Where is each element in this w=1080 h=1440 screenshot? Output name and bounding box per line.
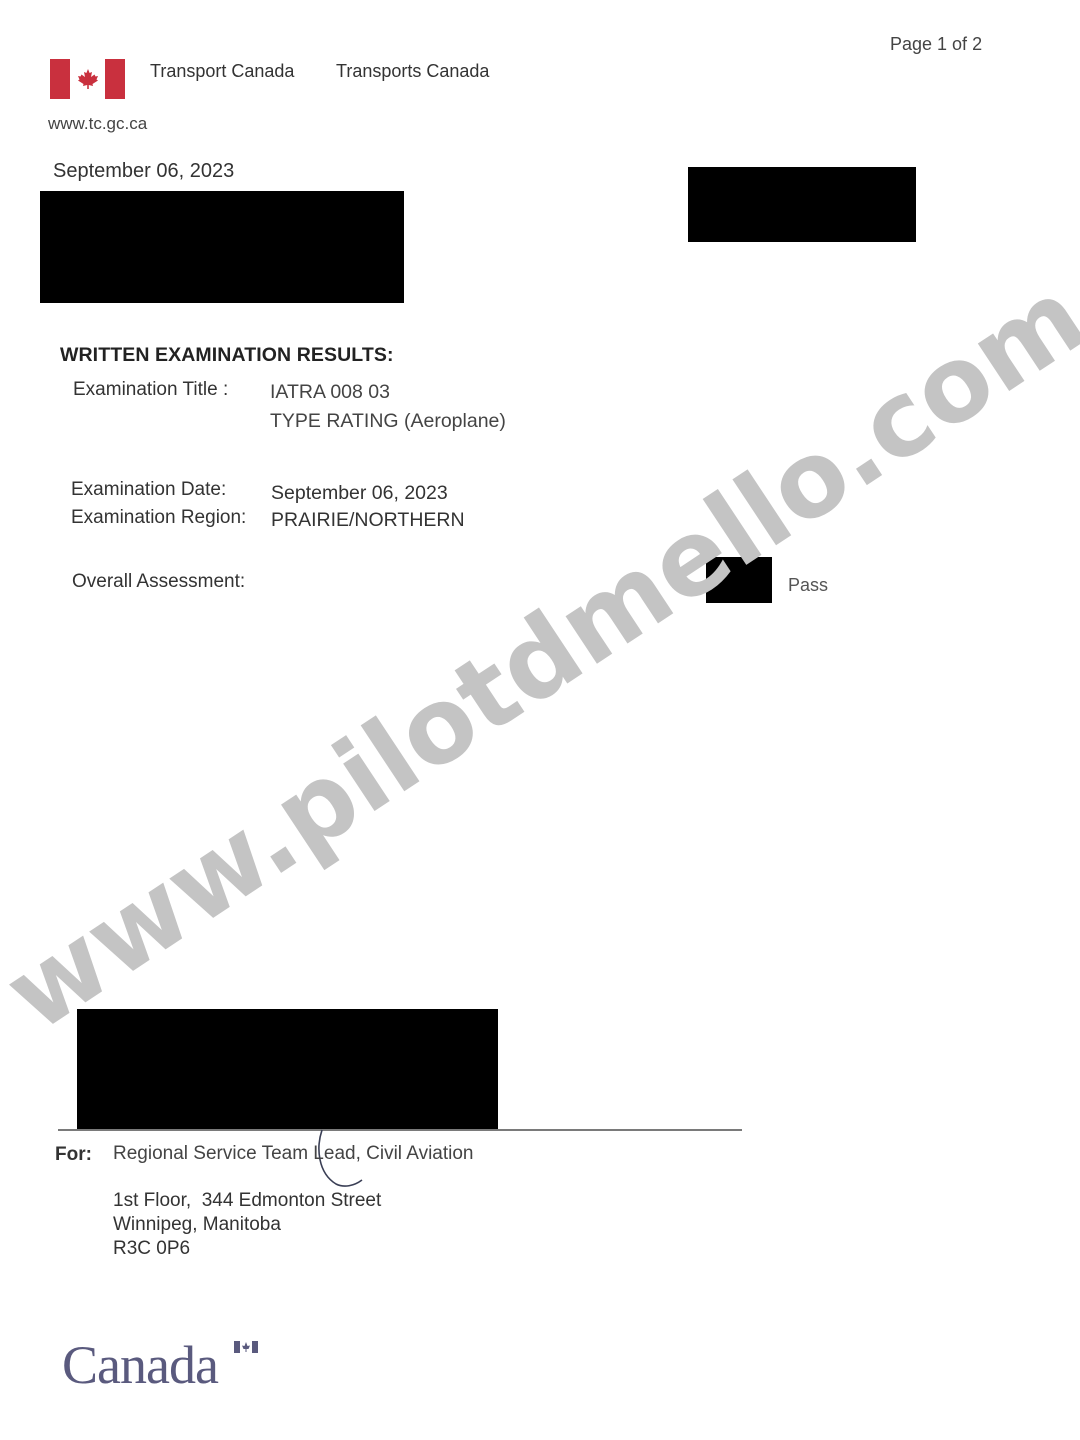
department-name-en: Transport Canada	[150, 61, 294, 82]
results-heading: WRITTEN EXAMINATION RESULTS:	[60, 344, 394, 367]
overall-assessment-value: Pass	[788, 575, 828, 596]
redacted-assessment-mark	[706, 557, 772, 603]
signature-line	[58, 1129, 742, 1131]
department-name-fr: Transports Canada	[336, 61, 489, 82]
website-link[interactable]: www.tc.gc.ca	[48, 114, 147, 134]
exam-title-code: IATRA 008 03	[270, 381, 390, 404]
watermark: www.pilotdmello.com	[0, 255, 1080, 1055]
address-line-2: Winnipeg, Manitoba	[113, 1214, 281, 1236]
signatory-title: Regional Service Team Lead, Civil Aviati…	[113, 1143, 474, 1165]
maple-leaf-icon	[77, 68, 99, 90]
for-label: For:	[55, 1144, 92, 1166]
exam-region-value: PRAIRIE/NORTHERN	[271, 509, 465, 532]
overall-assessment-label: Overall Assessment:	[72, 571, 245, 593]
exam-date-label: Examination Date:	[71, 479, 226, 501]
letter-date: September 06, 2023	[53, 160, 234, 183]
page-indicator: Page 1 of 2	[890, 34, 982, 55]
redacted-recipient-address	[40, 191, 404, 303]
redacted-signature-block	[77, 1009, 498, 1131]
redacted-reference-block	[688, 167, 916, 242]
exam-region-label: Examination Region:	[71, 507, 246, 529]
canada-flag-icon	[50, 59, 125, 99]
address-line-3: R3C 0P6	[113, 1238, 190, 1260]
exam-title-label: Examination Title :	[73, 379, 228, 401]
wordmark-flag-icon	[234, 1341, 258, 1353]
exam-title-name: TYPE RATING (Aeroplane)	[270, 410, 506, 433]
address-line-1: 1st Floor, 344 Edmonton Street	[113, 1190, 381, 1212]
canada-wordmark: Canada	[62, 1334, 218, 1396]
exam-date-value: September 06, 2023	[271, 482, 448, 505]
